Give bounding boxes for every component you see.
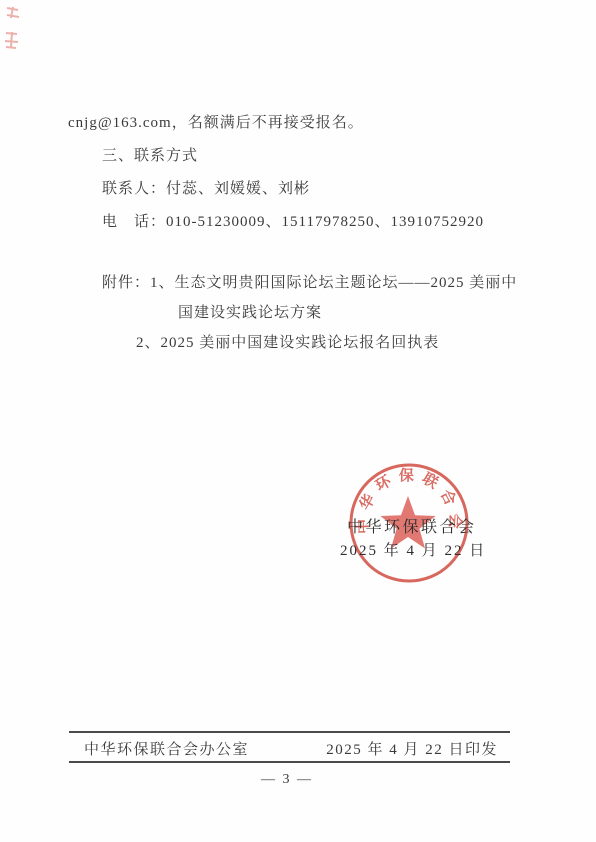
page-number: — 3 —: [0, 772, 574, 788]
footer-print-date: 2025 年 4 月 22 日印发: [326, 738, 510, 759]
section-heading-contact: 三、联系方式: [102, 144, 198, 165]
signature-organization: 中华环保联合会: [347, 514, 477, 537]
email-continuation-line: cnjg@163.com，名额满后不再接受报名。: [68, 111, 364, 132]
document-page: cnjg@163.com，名额满后不再接受报名。 三、联系方式 联系人：付蕊、刘…: [0, 0, 596, 842]
contact-persons-line: 联系人：付蕊、刘媛媛、刘彬: [102, 177, 310, 198]
footer-issuing-office: 中华环保联合会办公室: [69, 738, 249, 759]
footer-top-rule: [69, 731, 510, 733]
signature-date: 2025 年 4 月 22 日: [340, 539, 486, 560]
attachment-line-1-wrap: 国建设实践论坛方案: [178, 301, 322, 322]
footer-bottom-rule: [69, 761, 510, 763]
red-mark-fragment-bottom: [2, 30, 20, 50]
footer-row: 中华环保联合会办公室 2025 年 4 月 22 日印发: [69, 738, 510, 759]
attachment-line-1: 附件：1、生态文明贵阳国际论坛主题论坛——2025 美丽中: [102, 271, 517, 292]
phone-numbers-line: 电 话：010-51230009、15117978250、13910752920: [102, 210, 484, 231]
attachment-line-2: 2、2025 美丽中国建设实践论坛报名回执表: [136, 331, 439, 352]
red-mark-fragment-top: [4, 5, 22, 21]
